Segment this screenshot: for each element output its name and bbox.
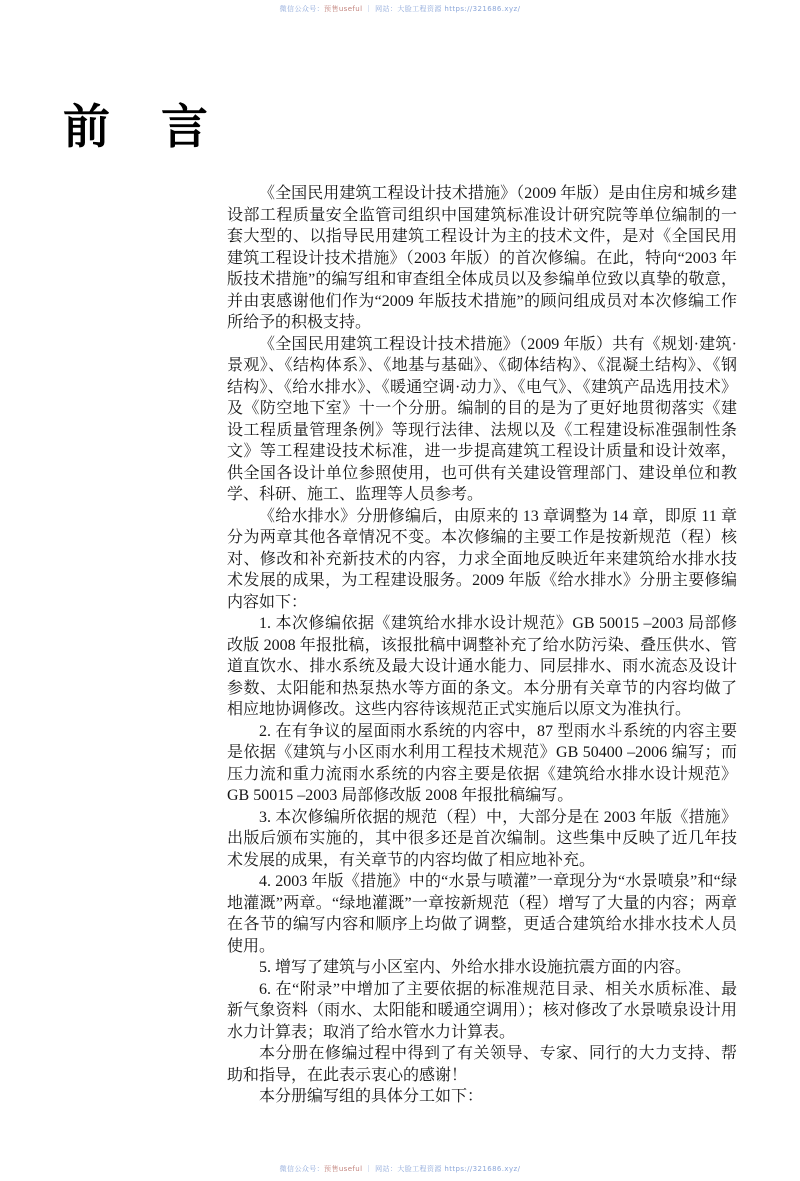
watermark-wechat-label: 微信公众号： xyxy=(280,5,324,13)
paragraph-item-5: 5. 增写了建筑与小区室内、外给水排水设施抗震方面的内容。 xyxy=(227,957,737,979)
paragraph-item-4: 4. 2003 年版《措施》中的“水景与喷灌”一章现分为“水景喷泉”和“绿地灌溉… xyxy=(227,871,737,957)
watermark-top: 微信公众号：预售useful ｜ 网站：大脸工程资源 https://32168… xyxy=(0,4,800,14)
watermark-account: 预售useful xyxy=(324,1165,362,1173)
paragraph-item-2: 2. 在有争议的屋面雨水系统的内容中，87 型雨水斗系统的内容主要是依据《建筑与… xyxy=(227,721,737,807)
paragraph-intro-1: 《全国民用建筑工程设计技术措施》（2009 年版）是由住房和城乡建设部工程质量安… xyxy=(227,183,737,334)
paragraph-intro-2: 《全国民用建筑工程设计技术措施》（2009 年版）共有《规划·建筑·景观》、《结… xyxy=(227,334,737,506)
paragraph-intro-3: 《给水排水》分册修编后，由原来的 13 章调整为 14 章，即原 11 章分为两… xyxy=(227,506,737,614)
paragraph-item-6: 6. 在“附录”中增加了主要依据的标准规范目录、相关水质标准、最新气象资料（雨水… xyxy=(227,979,737,1044)
watermark-bottom: 微信公众号：预售useful ｜ 网站：大脸工程资源 https://32168… xyxy=(0,1164,800,1174)
paragraph-thanks: 本分册在修编过程中得到了有关领导、专家、同行的大力支持、帮助和指导，在此表示衷心… xyxy=(227,1043,737,1086)
watermark-wechat-label: 微信公众号： xyxy=(280,1165,324,1173)
paragraph-item-3: 3. 本次修编所依据的规范（程）中，大部分是在 2003 年版《措施》出版后颁布… xyxy=(227,807,737,872)
document-body: 《全国民用建筑工程设计技术措施》（2009 年版）是由住房和城乡建设部工程质量安… xyxy=(227,183,737,1108)
document-page: 微信公众号：预售useful ｜ 网站：大脸工程资源 https://32168… xyxy=(0,0,800,1181)
watermark-separator: ｜ xyxy=(362,5,375,13)
watermark-separator: ｜ xyxy=(362,1165,375,1173)
paragraph-item-1: 1. 本次修编依据《建筑给水排水设计规范》GB 50015 –2003 局部修改… xyxy=(227,613,737,721)
watermark-site-label: 网站：大脸工程资源 xyxy=(375,5,444,13)
watermark-site-label: 网站：大脸工程资源 xyxy=(375,1165,444,1173)
watermark-url: https://321686.xyz/ xyxy=(444,5,520,13)
watermark-url: https://321686.xyz/ xyxy=(444,1165,520,1173)
watermark-account: 预售useful xyxy=(324,5,362,13)
page-title: 前 言 xyxy=(63,100,210,156)
paragraph-division-of-work: 本分册编写组的具体分工如下： xyxy=(227,1086,737,1108)
